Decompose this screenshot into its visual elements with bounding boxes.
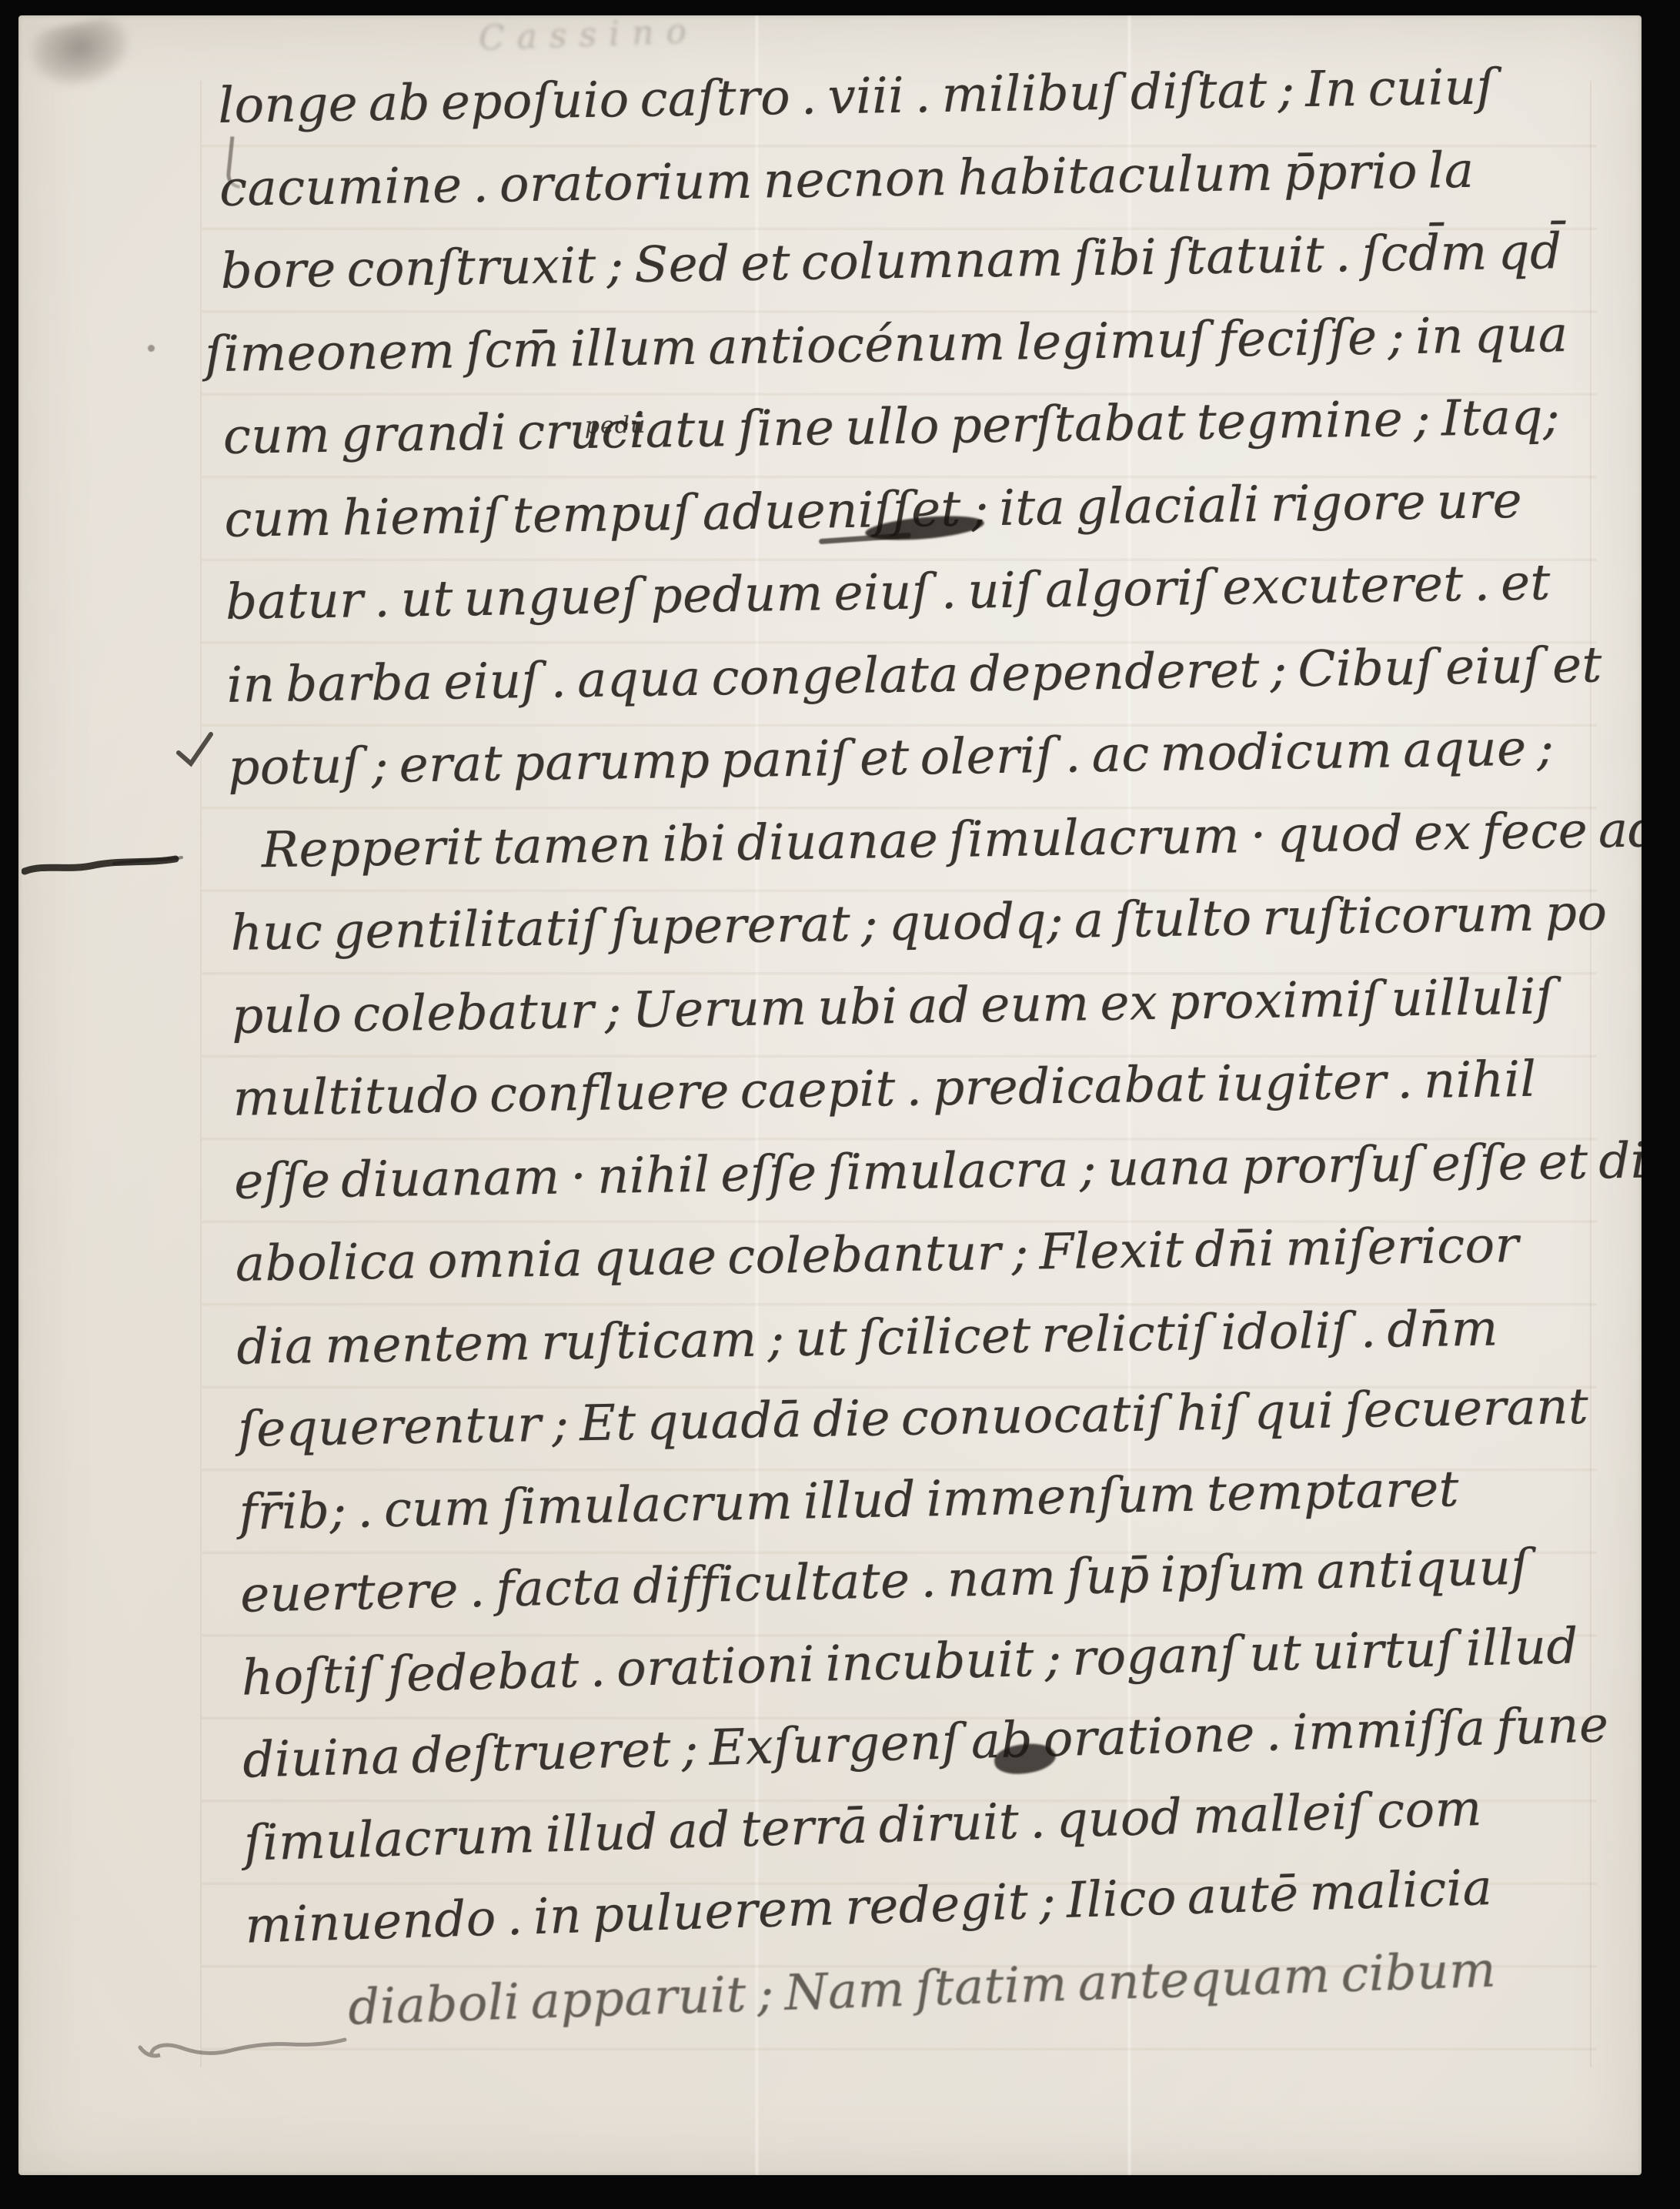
corner-stain xyxy=(25,15,136,95)
interlinear-gloss: pedū xyxy=(584,414,646,438)
margin-dash xyxy=(22,848,187,884)
caret-mark xyxy=(172,730,219,770)
bottom-flourish xyxy=(126,2021,349,2067)
manuscript-photo: Cassino longe ab epoſuio caſtro . viii .… xyxy=(0,0,1680,2209)
margin-dot xyxy=(148,345,155,352)
text-block: longe ab epoſuio caſtro . viii . milibuſ… xyxy=(217,15,1642,2109)
manuscript-page: Cassino longe ab epoſuio caſtro . viii .… xyxy=(18,15,1642,2175)
manuscript-lines: longe ab epoſuio caſtro . viii . milibuſ… xyxy=(217,15,1611,31)
ruling-left-bound xyxy=(200,81,202,2067)
